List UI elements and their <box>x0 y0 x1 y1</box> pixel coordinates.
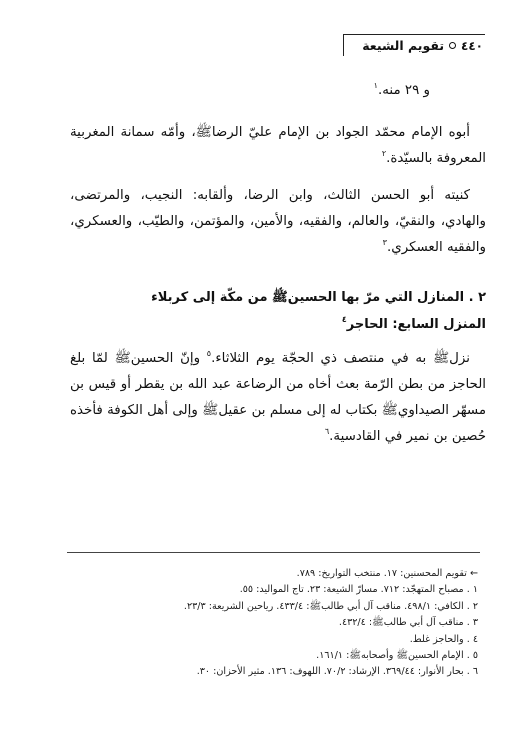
paragraph-station: نزلﷺ به في منتصف ذي الحجّة يوم الثلاثاء.… <box>70 346 486 450</box>
footnote-6: ٦ . بحار الأنوار: ٣٦٩/٤٤. الإرشاد: ٧٠/٢.… <box>58 664 478 680</box>
continuation-text: و ٢٩ منه. <box>378 83 430 98</box>
continuation-line: و ٢٩ منه.١ <box>70 78 486 104</box>
footnote-continuation: ← تقويم المحسنين: ١٧. منتخب التواريخ: ٧٨… <box>58 566 478 582</box>
subheading-text: المنزل السابع: الحاجر <box>347 317 486 332</box>
paragraph-text: كنيته أبو الحسن الثالث، وابن الرضا، وألق… <box>70 188 486 255</box>
footnote-3: ٣ . مناقب آل أبي طالبﷺ: ٤٣٢/٤. <box>58 615 478 631</box>
footnote-2: ٢ . الكافي: ٤٩٨/١. مناقب آل أبي طالبﷺ: ٤… <box>58 599 478 615</box>
paragraph-text: نزلﷺ به في منتصف ذي الحجّة يوم الثلاثاء. <box>211 351 470 366</box>
paragraph-titles: كنيته أبو الحسن الثالث، وابن الرضا، وألق… <box>70 183 486 261</box>
footnote-1: ١ . مصباح المتهجّد: ٧١٢. مسارّ الشيعة: ٢… <box>58 582 478 598</box>
circle-separator-icon <box>449 42 456 49</box>
footnote-5: ٥ . الإمام الحسينﷺ وأصحابهﷺ: ١٦١/١. <box>58 648 478 664</box>
running-header: ٤٤٠ تقويم الشيعة <box>343 34 485 56</box>
page-number: ٤٤٠ <box>461 39 483 53</box>
section-heading: ٢ . المنازل التي مرّ بها الحسينﷺ من مكّة… <box>151 289 486 308</box>
footnote-divider <box>67 552 480 553</box>
paragraph-text: أبوه الإمام محمّد الجواد بن الإمام عليّ … <box>70 125 486 166</box>
book-page: ٤٤٠ تقويم الشيعة و ٢٩ منه.١ أبوه الإمام … <box>0 0 525 744</box>
paragraph-parents: أبوه الإمام محمّد الجواد بن الإمام عليّ … <box>70 120 486 172</box>
subheading: المنزل السابع: الحاجر٤ <box>342 317 486 332</box>
footnote-4: ٤ . والحاجز غلط. <box>58 632 478 648</box>
footnotes: ← تقويم المحسنين: ١٧. منتخب التواريخ: ٧٨… <box>58 566 478 681</box>
book-title: تقويم الشيعة <box>362 38 444 53</box>
